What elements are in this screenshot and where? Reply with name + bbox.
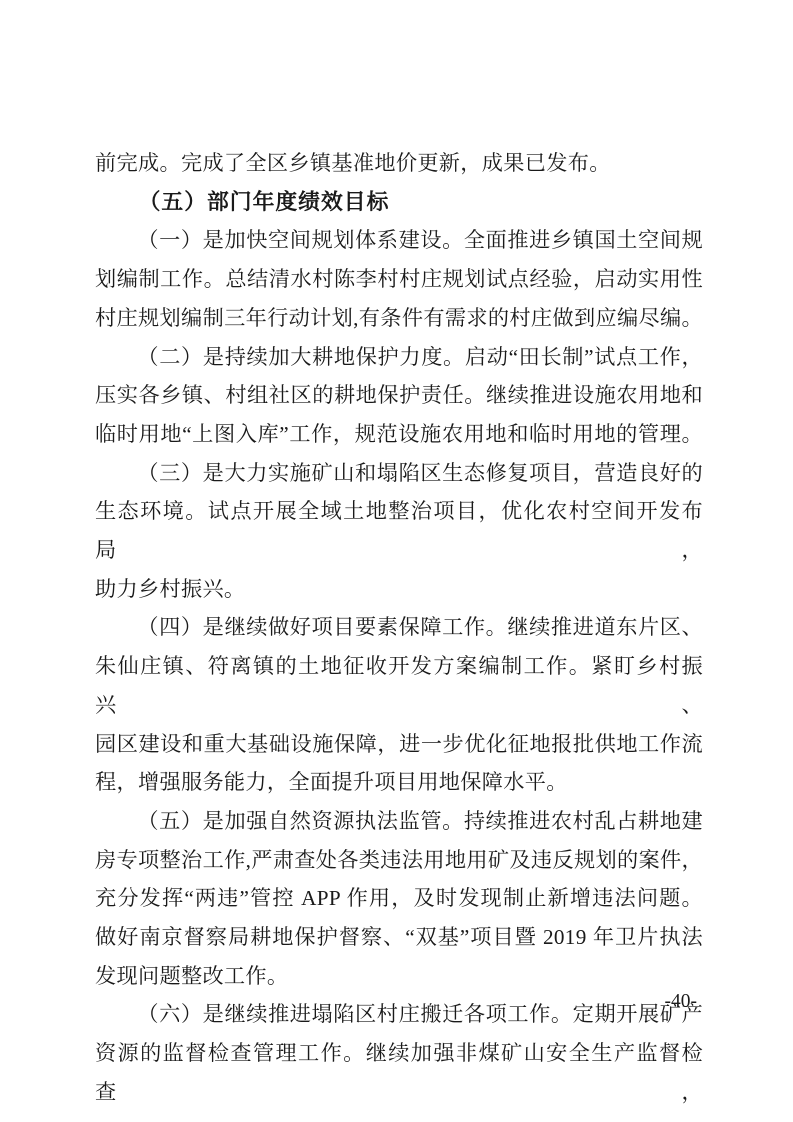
text-line: 做好南京督察局耕地保护督察、“双基”项目暨 2019 年卫片执法: [95, 918, 703, 957]
text-line: 划编制工作。总结清水村陈李村村庄规划试点经验，启动实用性: [95, 260, 703, 299]
document-content: 前完成。完成了全区乡镇基准地价更新，成果已发布。（五）部门年度绩效目标（一）是加…: [95, 144, 703, 1112]
paragraph: （一）是加快空间规划体系建设。全面推进乡镇国土空间规划编制工作。总结清水村陈李村…: [95, 221, 703, 337]
text-line: 村庄规划编制三年行动计划,有条件有需求的村庄做到应编尽编。: [95, 299, 703, 338]
text-line: 朱仙庄镇、符离镇的土地征收开发方案编制工作。紧盯乡村振兴、: [95, 647, 703, 724]
text-line: 充分发挥“两违”管控 APP 作用，及时发现制止新增违法问题。: [95, 879, 703, 918]
section-heading: （五）部门年度绩效目标: [95, 183, 703, 222]
text-line: （二）是持续加大耕地保护力度。启动“田长制”试点工作，: [95, 338, 703, 377]
document-page: 前完成。完成了全区乡镇基准地价更新，成果已发布。（五）部门年度绩效目标（一）是加…: [0, 0, 793, 1122]
paragraph: （六）是继续推进塌陷区村庄搬迁各项工作。定期开展矿产资源的监督检查管理工作。继续…: [95, 995, 703, 1111]
text-line: 资源的监督检查管理工作。继续加强非煤矿山安全生产监督检查，: [95, 1034, 703, 1111]
text-line: （六）是继续推进塌陷区村庄搬迁各项工作。定期开展矿产: [95, 995, 703, 1034]
paragraph: 前完成。完成了全区乡镇基准地价更新，成果已发布。: [95, 144, 703, 183]
paragraph: （四）是继续做好项目要素保障工作。继续推进道东片区、朱仙庄镇、符离镇的土地征收开…: [95, 608, 703, 802]
text-line: 压实各乡镇、村组社区的耕地保护责任。继续推进设施农用地和: [95, 376, 703, 415]
text-line: （五）部门年度绩效目标: [95, 183, 703, 222]
text-line: 园区建设和重大基础设施保障，进一步优化征地报批供地工作流: [95, 725, 703, 764]
text-line: （五）是加强自然资源执法监管。持续推进农村乱占耕地建: [95, 802, 703, 841]
paragraph: （二）是持续加大耕地保护力度。启动“田长制”试点工作，压实各乡镇、村组社区的耕地…: [95, 338, 703, 454]
text-line: 发现问题整改工作。: [95, 957, 703, 996]
text-line: （三）是大力实施矿山和塌陷区生态修复项目，营造良好的: [95, 454, 703, 493]
text-line: 前完成。完成了全区乡镇基准地价更新，成果已发布。: [95, 144, 703, 183]
text-line: 生态环境。试点开展全域土地整治项目，优化农村空间开发布局，: [95, 492, 703, 569]
paragraph: （三）是大力实施矿山和塌陷区生态修复项目，营造良好的生态环境。试点开展全域土地整…: [95, 454, 703, 609]
text-line: 房专项整治工作,严肃查处各类违法用地用矿及违反规划的案件，: [95, 841, 703, 880]
text-line: （四）是继续做好项目要素保障工作。继续推进道东片区、: [95, 608, 703, 647]
text-line: 助力乡村振兴。: [95, 570, 703, 609]
paragraph: （五）是加强自然资源执法监管。持续推进农村乱占耕地建房专项整治工作,严肃查处各类…: [95, 802, 703, 996]
page-number: -40-: [665, 991, 698, 1013]
text-line: 临时用地“上图入库”工作，规范设施农用地和临时用地的管理。: [95, 415, 703, 454]
text-line: 程，增强服务能力，全面提升项目用地保障水平。: [95, 763, 703, 802]
text-line: （一）是加快空间规划体系建设。全面推进乡镇国土空间规: [95, 221, 703, 260]
